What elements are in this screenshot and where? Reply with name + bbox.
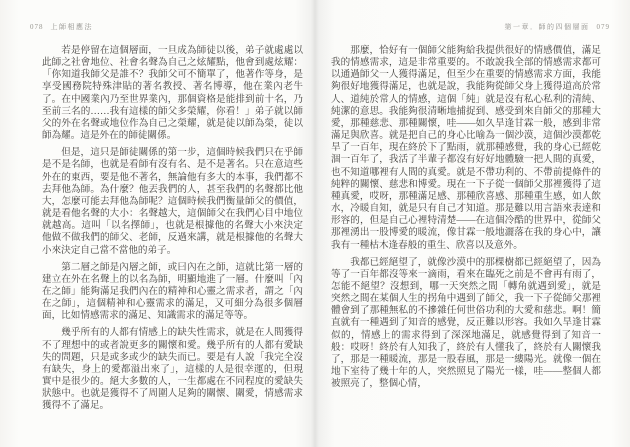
right-running-header: 第一章．師的四個層面079 xyxy=(505,22,611,32)
right-page-number: 079 xyxy=(597,23,611,31)
left-running-title: 上師相應法 xyxy=(51,23,94,31)
left-text-block: 若是停留在這個層面，一旦成為師徒以後，弟子就處處以此師之社會地位、社會名聲為自己… xyxy=(42,45,303,413)
right-page: 第一章．師的四個層面079 那麼，恰好有一個師父能夠給我提供很好的情感價值，滿足… xyxy=(315,0,630,447)
left-page-number: 078 xyxy=(30,23,44,31)
paragraph: 幾乎所有的人都有情感上的缺失性需求，就是在人間獲得不了理想中的或者說更多的關懷和… xyxy=(42,327,303,412)
paragraph: 若是停留在這個層面，一旦成為師徒以後，弟子就處處以此師之社會地位、社會名聲為自己… xyxy=(42,45,303,142)
right-running-title: 第一章．師的四個層面 xyxy=(505,23,590,31)
paragraph: 但是，這只是師徒關係的第一步，這個時候我們只在乎師是不是名師，也就是看師有沒有名… xyxy=(42,147,303,256)
paragraph: 那麼，恰好有一個師父能夠給我提供很好的情感價值，滿足我的情感需求，這是非常重要的… xyxy=(331,45,601,252)
left-running-header: 078上師相應法 xyxy=(30,22,93,32)
book-spread: 078上師相應法 若是停留在這個層面，一旦成為師徒以後，弟子就處處以此師之社會地… xyxy=(0,0,630,447)
right-text-block: 那麼，恰好有一個師父能夠給我提供很好的情感價值，滿足我的情感需求，這是非常重要的… xyxy=(331,45,601,390)
left-page: 078上師相應法 若是停留在這個層面，一旦成為師徒以後，弟子就處處以此師之社會地… xyxy=(0,0,315,447)
paragraph: 我都已經絕望了，就像沙漠中的那棵樹都已經絕望了，因為等了一百年都沒等來一滴雨，看… xyxy=(331,257,601,391)
paragraph: 第二層之師是內層之師，或曰內在之師，這就比第一層的建立在外在名聲上的以名為師，明… xyxy=(42,262,303,323)
